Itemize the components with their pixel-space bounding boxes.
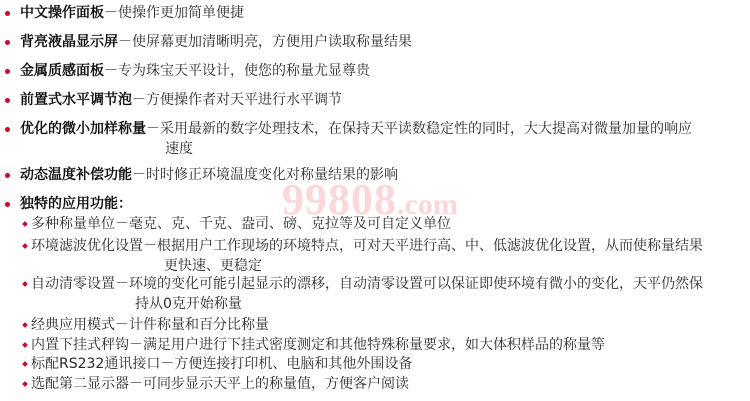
application-text: 选配第二显示器－可同步显示天平上的称量值，方便客户阅读 [31, 374, 409, 394]
bullet-diamond-icon [22, 243, 28, 249]
application-description: 方便连接打印机、电脑和其他外围设备 [174, 356, 412, 372]
bullet-diamond-icon [22, 342, 28, 348]
bullet-dot-icon [5, 127, 10, 132]
bullet-dot-icon [5, 173, 10, 178]
feature-term: 独特的应用功能： [20, 196, 132, 212]
application-text: 多种称量单位－毫克、克、千克、盎司、磅、克拉等及可自定义单位 [31, 214, 451, 234]
application-text: 环境滤波优化设置－根据用户工作现场的环境特点，可对天平进行高、中、低滤波优化设置… [31, 236, 703, 256]
bullet-dot-icon [5, 202, 10, 207]
bullet-diamond-icon [22, 381, 28, 387]
bullet-diamond-icon [22, 361, 28, 367]
application-separator: － [115, 276, 129, 292]
bullet-diamond-icon [22, 281, 28, 287]
application-term: 环境滤波优化设置 [31, 238, 143, 254]
application-text: 经典应用模式－计件称量和百分比称量 [31, 315, 269, 335]
application-term: 内置下挂式秤钩 [31, 337, 129, 353]
feature-term: 优化的微小加样称量 [20, 121, 146, 137]
feature-term: 背亮液晶显示屏 [20, 34, 118, 50]
feature-continuation: 速度 [165, 139, 193, 159]
feature-separator: － [132, 92, 146, 108]
feature-text: 独特的应用功能： [20, 194, 132, 214]
application-separator: － [143, 238, 157, 254]
feature-text: 中文操作面板－使操作更加简单便捷 [20, 3, 244, 23]
feature-term: 中文操作面板 [20, 5, 104, 21]
application-separator: － [115, 216, 129, 232]
feature-text: 背亮液晶显示屏－使屏幕更加清晰明亮，方便用户读取称量结果 [20, 32, 412, 52]
application-separator: － [115, 317, 129, 333]
feature-separator: － [132, 167, 146, 183]
application-separator: － [129, 376, 143, 392]
feature-description: 时时修正环境温度变化对称量结果的影响 [146, 167, 398, 183]
feature-separator: － [118, 34, 132, 50]
feature-text: 金属质感面板－专为珠宝天平设计，使您的称量尤显尊贵 [20, 61, 370, 81]
application-description: 可同步显示天平上的称量值，方便客户阅读 [143, 376, 409, 392]
application-description: 毫克、克、千克、盎司、磅、克拉等及可自定义单位 [129, 216, 451, 232]
feature-term: 金属质感面板 [20, 63, 104, 79]
feature-description: 使屏幕更加清晰明亮，方便用户读取称量结果 [132, 34, 412, 50]
bullet-dot-icon [5, 40, 10, 45]
application-description: 根据用户工作现场的环境特点，可对天平进行高、中、低滤波优化设置，从而使称量结果 [157, 238, 703, 254]
feature-description: 方便操作者对天平进行水平调节 [146, 92, 342, 108]
application-term: 选配第二显示器 [31, 376, 129, 392]
feature-description: 专为珠宝天平设计，使您的称量尤显尊贵 [118, 63, 370, 79]
application-description: 满足用户进行下挂式密度测定和其他特殊称量要求，如大体积样品的称量等 [143, 337, 605, 353]
bullet-diamond-icon [22, 221, 28, 227]
application-term: 经典应用模式 [31, 317, 115, 333]
bullet-dot-icon [5, 69, 10, 74]
bullet-diamond-icon [22, 322, 28, 328]
bullet-dot-icon [5, 98, 10, 103]
application-separator: － [160, 356, 174, 372]
feature-separator: － [104, 5, 118, 21]
application-separator: － [129, 337, 143, 353]
feature-term: 动态温度补偿功能 [20, 167, 132, 183]
application-term: 多种称量单位 [31, 216, 115, 232]
application-text: 内置下挂式秤钩－满足用户进行下挂式密度测定和其他特殊称量要求，如大体积样品的称量… [31, 335, 605, 355]
feature-text: 动态温度补偿功能－时时修正环境温度变化对称量结果的影响 [20, 165, 398, 185]
application-description: 计件称量和百分比称量 [129, 317, 269, 333]
application-continuation: 持从0克开始称量 [135, 294, 242, 314]
feature-term: 前置式水平调节泡 [20, 92, 132, 108]
feature-description: 使操作更加简单便捷 [118, 5, 244, 21]
feature-separator: － [146, 121, 160, 137]
bullet-dot-icon [5, 11, 10, 16]
feature-text: 优化的微小加样称量－采用最新的数字处理技术，在保持天平读数稳定性的同时，大大提高… [20, 119, 692, 139]
feature-text: 前置式水平调节泡－方便操作者对天平进行水平调节 [20, 90, 342, 110]
application-continuation: 更快速、更稳定 [164, 256, 262, 276]
application-description: 环境的变化可能引起显示的漂移，自动清零设置可以保证即使环境有微小的变化，天平仍然… [129, 276, 703, 292]
application-term: 自动清零设置 [31, 276, 115, 292]
application-term: 标配RS232通讯接口 [31, 356, 160, 372]
feature-separator: － [104, 63, 118, 79]
application-text: 自动清零设置－环境的变化可能引起显示的漂移，自动清零设置可以保证即使环境有微小的… [31, 274, 703, 294]
application-text: 标配RS232通讯接口－方便连接打印机、电脑和其他外围设备 [31, 354, 412, 374]
feature-description: 采用最新的数字处理技术，在保持天平读数稳定性的同时，大大提高对微量加量的响应 [160, 121, 692, 137]
